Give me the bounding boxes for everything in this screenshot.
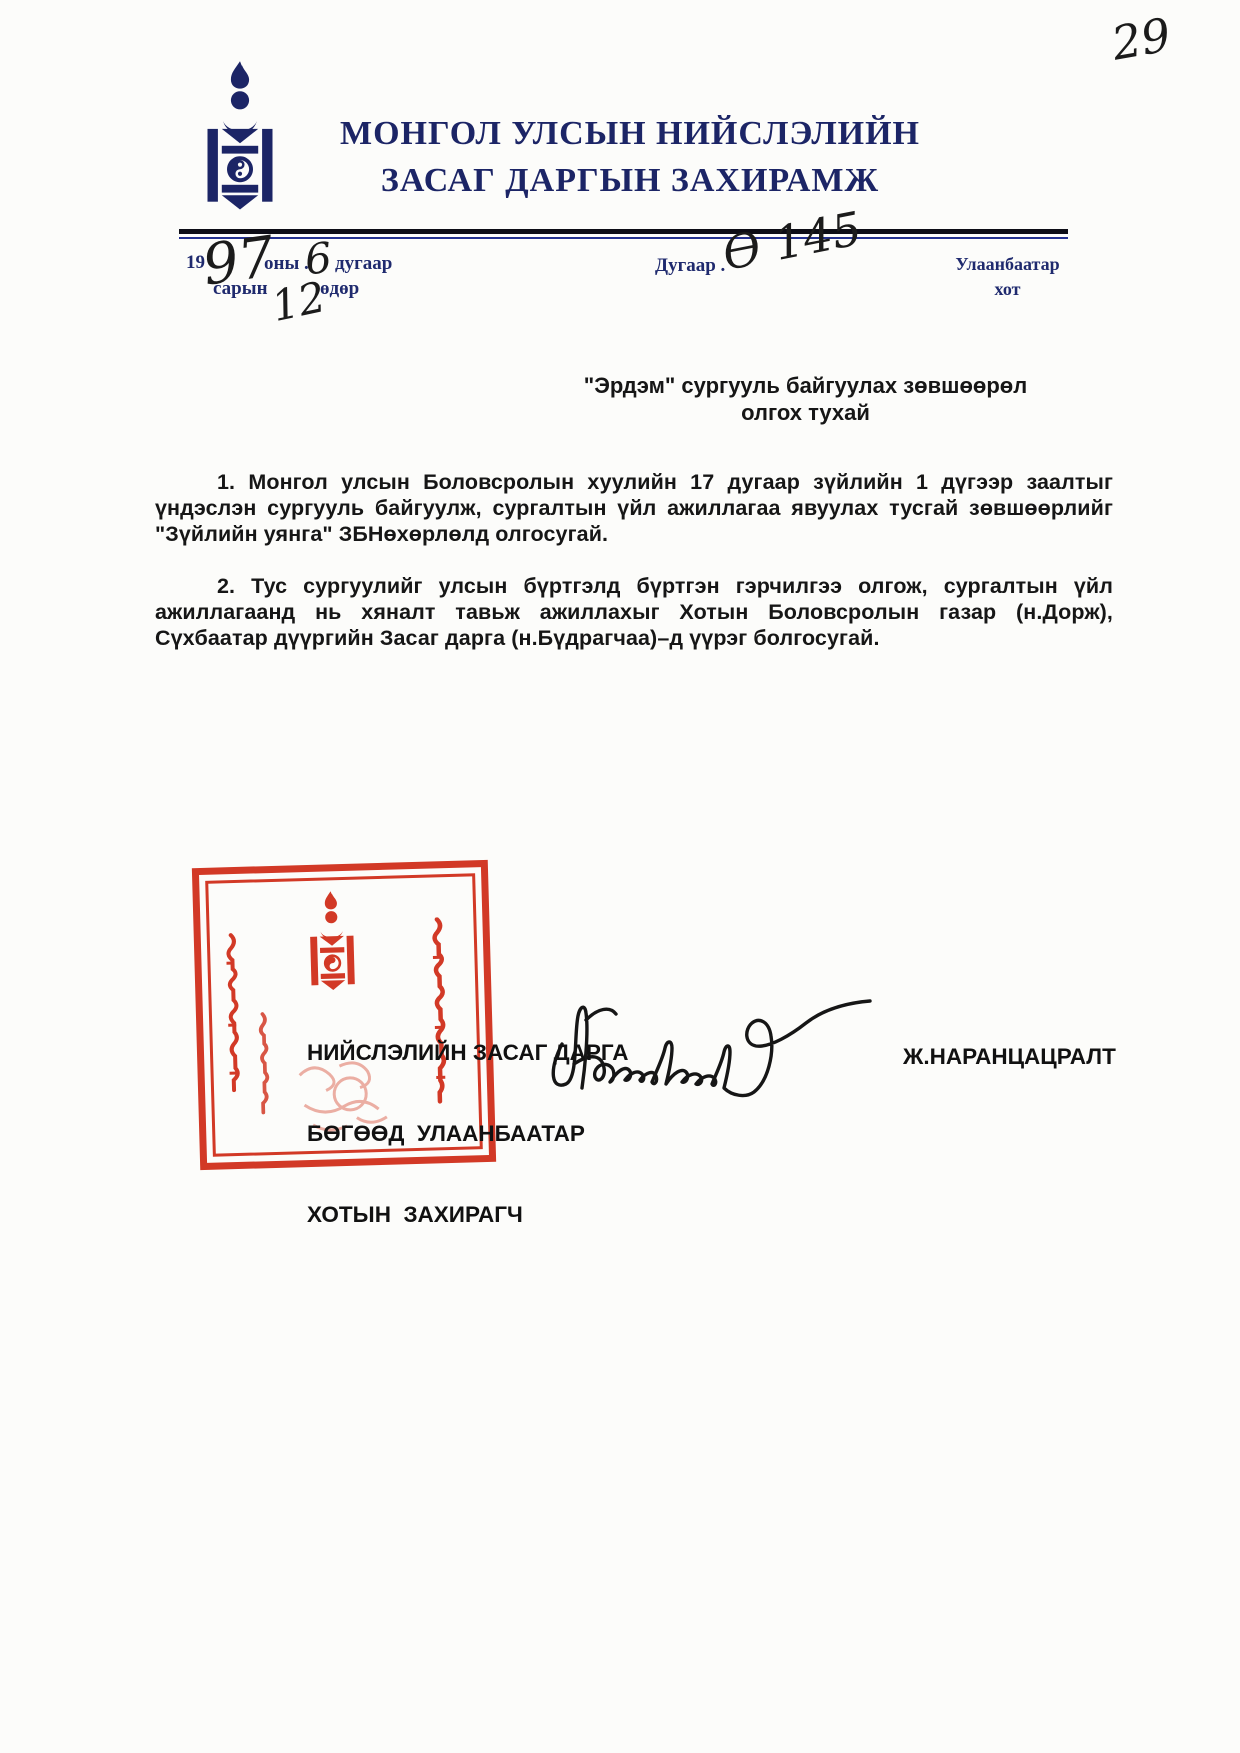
paragraph-1: 1. Монгол улсын Боловсролын хуулийн 17 д… bbox=[155, 470, 1113, 547]
signatory-title-line-1: НИЙСЛЭЛИЙН ЗАСАГ ДАРГА bbox=[307, 1039, 707, 1066]
date-word-day: өдөр bbox=[320, 278, 359, 300]
date-word-month: дугаар bbox=[335, 253, 392, 275]
handwritten-page-number: 29 bbox=[1108, 11, 1174, 66]
signatory-title-line-2: БӨГӨӨД УЛААНБААТАР bbox=[307, 1120, 707, 1147]
number-label: Дугаар . bbox=[655, 255, 725, 277]
document-body: 1. Монгол улсын Боловсролын хуулийн 17 д… bbox=[155, 470, 1113, 679]
subject-line-1: "Эрдэм" сургууль байгуулах зөвшөөрөл bbox=[563, 372, 1048, 399]
soyombo-emblem-icon bbox=[197, 60, 283, 216]
place-city-2: хот bbox=[945, 277, 1070, 302]
place-label: Улаанбаатар хот bbox=[945, 252, 1070, 302]
paragraph-2: 2. Тус сургуулийг улсын бүртгэлд бүртгэн… bbox=[155, 574, 1113, 651]
date-word-sar: сарын bbox=[213, 278, 268, 300]
signatory-title-block: НИЙСЛЭЛИЙН ЗАСАГ ДАРГА БӨГӨӨД УЛААНБААТА… bbox=[307, 985, 707, 1282]
scanned-document-page: 29 МОНГОЛ УЛСЫН НИЙСЛЭЛИЙН ЗАСАГ ДАРГЫН … bbox=[0, 0, 1240, 1753]
signatory-title-line-3: ХОТЫН ЗАХИРАГЧ bbox=[307, 1201, 707, 1228]
subject-line-2: олгох тухай bbox=[563, 399, 1048, 426]
handwritten-document-number: Ө 145 bbox=[719, 205, 865, 277]
document-header-title: МОНГОЛ УЛСЫН НИЙСЛЭЛИЙН ЗАСАГ ДАРГЫН ЗАХ… bbox=[300, 110, 960, 204]
signatory-name: Ж.НАРАНЦАЦРАЛТ bbox=[903, 1044, 1116, 1070]
document-subject-title: "Эрдэм" сургууль байгуулах зөвшөөрөл олг… bbox=[563, 372, 1048, 426]
place-city: Улаанбаатар bbox=[945, 252, 1070, 277]
header-line-2: ЗАСАГ ДАРГЫН ЗАХИРАМЖ bbox=[300, 157, 960, 204]
header-line-1: МОНГОЛ УЛСЫН НИЙСЛЭЛИЙН bbox=[300, 110, 960, 157]
date-word-year: оны . bbox=[264, 253, 309, 275]
stamp-soyombo-icon bbox=[305, 890, 360, 995]
